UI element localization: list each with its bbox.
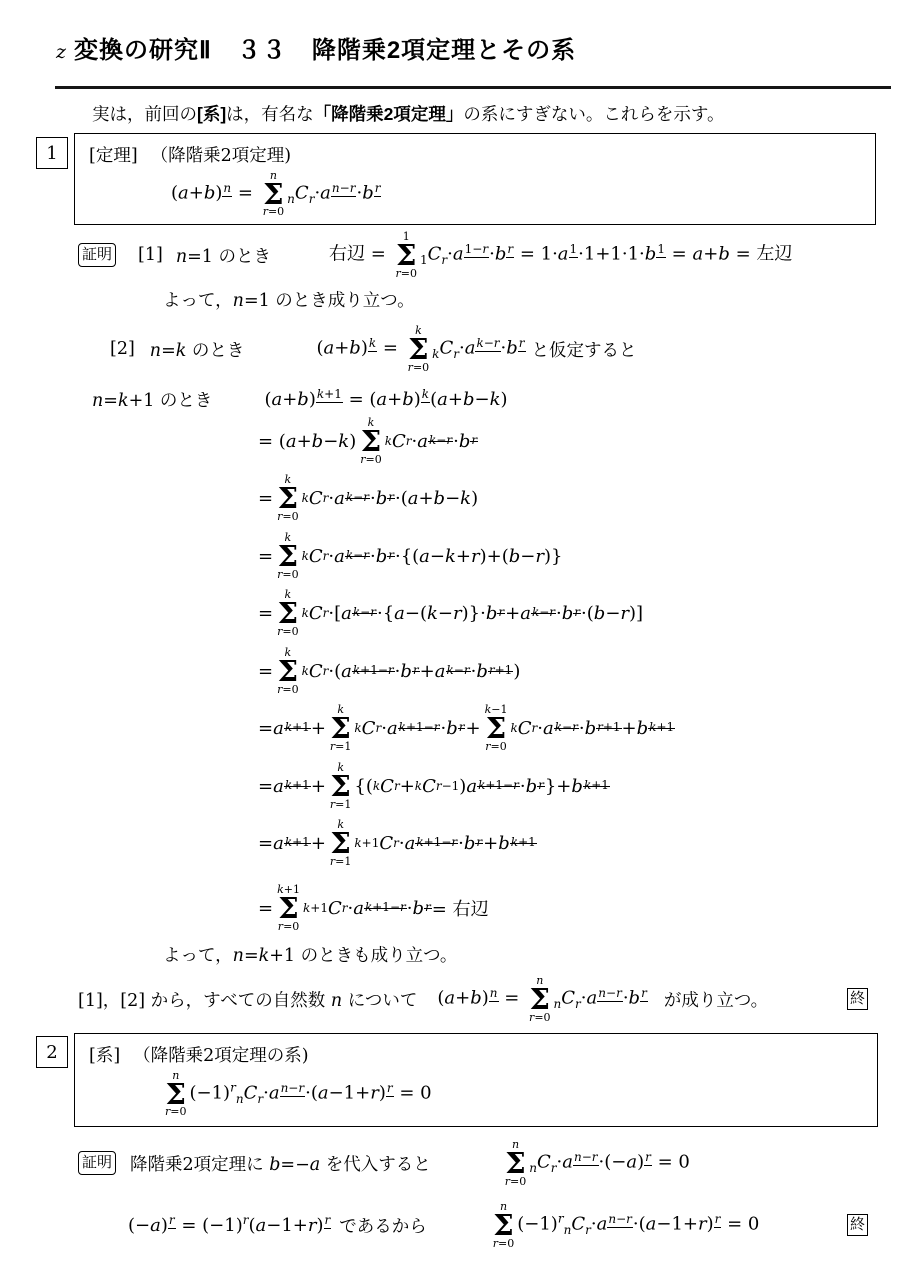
sigma-sum: k−1Σr=0 (485, 704, 508, 753)
sum-lower-limit: r=0 (263, 206, 284, 219)
section-number-2: 2 (36, 1036, 68, 1068)
falling-power-exponent: r (506, 242, 514, 259)
equation-line-9: = k+1Σr=0k+1Cr·ak+1−r·br = 右辺 (258, 879, 489, 937)
spacer (331, 1225, 339, 1226)
falling-power-exponent: k+1 (510, 842, 537, 845)
sum-lower-limit: r=1 (330, 799, 351, 812)
text-segment: n=k+1 のとき (92, 387, 212, 412)
falling-power-exponent: r (374, 181, 382, 198)
sum-lower-limit: r=1 (330, 856, 351, 869)
falling-power-exponent: n (489, 986, 499, 1003)
title-rule (55, 86, 891, 89)
subscript: r (309, 192, 315, 206)
falling-power-exponent: r+1 (488, 670, 513, 673)
sum-lower-limit: r=0 (277, 626, 298, 639)
subscript: r (551, 1162, 557, 1176)
spacer (431, 1163, 501, 1164)
sum-lower-limit: r=1 (330, 741, 351, 754)
sum-lower-limit: r=0 (493, 1238, 514, 1251)
text-segment: [1]，[2] から，すべての自然数 n について (78, 987, 417, 1012)
falling-power-exponent: n−r (597, 986, 623, 1003)
falling-power-exponent: r (324, 1213, 332, 1230)
falling-power-exponent: 1−r (464, 242, 489, 259)
spacer (212, 399, 264, 400)
sigma-sum: kΣr=1 (330, 819, 351, 868)
falling-power-exponent: k+1−r (477, 785, 520, 788)
falling-power-exponent: r (386, 1081, 394, 1098)
falling-power-exponent: k−r (446, 670, 471, 673)
intro-line: 実は，前回の [系] は，有名な 「降階乗2項定理」 の系にすぎない。これらを示… (92, 101, 725, 126)
bold-text-segment: [系] (197, 101, 226, 126)
sum-lower-limit: r=0 (485, 741, 506, 754)
falling-power-exponent: n (222, 181, 232, 198)
proof-label: 証明 (78, 1151, 116, 1174)
falling-power-exponent: k+1 (583, 785, 610, 788)
sigma-icon: Σ (505, 1152, 526, 1176)
sigma-sum: kΣr=1 (330, 762, 351, 811)
corollary-sublabel: （降階乗2項定理の系) (133, 1042, 308, 1067)
theorem-sublabel: （降階乗2項定理) (151, 142, 291, 167)
sigma-sum: kΣr=0 (277, 532, 298, 581)
sigma-icon: Σ (361, 430, 382, 454)
text-segment: 降階乗2項定理に b=−a を代入すると (130, 1151, 431, 1176)
text-segment: と仮定すると (532, 337, 637, 362)
falling-power-exponent: k−r (352, 612, 377, 615)
falling-power-exponent: k+1 (284, 785, 311, 788)
equation-line-2: = kΣr=0kCr·ak−r·br·(a+b−k) (258, 469, 478, 527)
sigma-sum: kΣr=0 (277, 589, 298, 638)
spacer (116, 255, 138, 256)
corollary-label: [系] (89, 1042, 120, 1067)
sum-lower-limit: r=0 (505, 1176, 526, 1189)
proof1-line-induction-hypothesis: [2]n=k のとき(a+b)k = kΣr=0kCr·ak−r·brと仮定する… (110, 320, 637, 378)
subscript: r (585, 1224, 591, 1238)
sigma-sum: kΣr=1 (330, 704, 351, 753)
equation-line-1: = (a+b−k)kΣr=0kCr·ak−r·br (258, 412, 478, 470)
corollary-formula: nΣr=0(−1)rnCr·an−r·(a−1+r)r = 0 (161, 1069, 877, 1118)
proof1-line-base-conclusion: よって，n=1 のとき成り立つ。 (163, 287, 415, 312)
spacer (427, 1225, 489, 1226)
sigma-icon: Σ (408, 338, 429, 362)
falling-power-exponent: k−r (531, 612, 556, 615)
falling-power-exponent: k−r (554, 727, 579, 730)
falling-power-exponent: k+1 (648, 727, 675, 730)
falling-power-exponent: r (458, 727, 466, 730)
spacer (163, 255, 176, 256)
spacer (244, 349, 316, 350)
math-segment: nΣr=0(−1)rnCr·an−r·(a−1+r)r = 0 (489, 1200, 760, 1249)
spacer (417, 999, 437, 1000)
text-segment: n=1 のとき (176, 243, 271, 268)
qed-box: 終 (847, 1214, 868, 1237)
equation-line-3: = kΣr=0kCr·ak−r·br·{(a−k+r)+(b−r)} (258, 527, 562, 585)
falling-power-exponent: k+1−r (352, 670, 395, 673)
document-page: z 変換の研究Ⅱ ３３ 降階乗2項定理とその系 実は，前回の [系] は，有名な… (0, 0, 906, 1280)
falling-power-exponent: k+1 (284, 727, 311, 730)
falling-power-exponent: 1 (656, 242, 666, 259)
subscript: n (236, 1092, 244, 1106)
text-segment: が成り立つ。 (664, 987, 768, 1012)
sum-lower-limit: r=0 (408, 362, 429, 375)
subscript: r (257, 1092, 263, 1106)
spacer (135, 349, 150, 350)
falling-power-exponent: n−r (331, 181, 357, 198)
text-segment: よって，n=k+1 のときも成り立つ。 (163, 942, 457, 967)
equation-line-8: = ak+1+kΣr=1k+1Cr·ak+1−r·br+bk+1 (258, 814, 537, 872)
sigma-icon: Σ (486, 717, 507, 741)
falling-power-exponent: k (368, 336, 377, 353)
subscript: r (453, 348, 459, 362)
sigma-icon: Σ (493, 1214, 514, 1238)
sigma-sum: nΣr=0 (493, 1201, 514, 1250)
falling-power-exponent: k+1 (316, 387, 343, 404)
theorem-box: [定理] （降階乗2項定理) (a+b)n = nΣr=0nCr·an−r·br (74, 133, 876, 225)
math-segment: (a+b)k = kΣr=0kCr·ak−r·br (316, 324, 525, 373)
sum-lower-limit: r=0 (529, 1012, 550, 1025)
section-number-1: 1 (36, 137, 68, 169)
math-segment: 右辺 = 1Σr=01Cr·a1−r·br = 1·a1·1+1·1·b1 = … (329, 230, 792, 279)
sigma-sum: nΣr=0 (505, 1139, 526, 1188)
subscript: r (441, 254, 447, 268)
falling-power-exponent: r (573, 612, 581, 615)
equation-line-5: = kΣr=0kCr·(ak+1−r·br+ak−r·br+1) (258, 642, 520, 700)
text-segment: の系にすぎない。これらを示す。 (463, 101, 724, 126)
corollary-box: [系] （降階乗2項定理の系) nΣr=0(−1)rnCr·an−r·(a−1+… (74, 1033, 878, 1127)
falling-power-exponent: r+1 (596, 727, 621, 730)
sigma-sum: nΣr=0 (529, 975, 550, 1024)
subscript: n (287, 192, 295, 206)
text-segment: n=k のとき (150, 337, 245, 362)
sigma-sum: nΣr=0 (263, 170, 284, 219)
sigma-sum: k+1Σr=0 (277, 884, 300, 933)
proof2-line-final: (−a)r = (−1)r(a−1+r)rであるからnΣr=0(−1)rnCr·… (128, 1194, 868, 1256)
text-segment: 実は，前回の (92, 101, 197, 126)
equation-line-6: = ak+1+kΣr=1kCr·ak+1−r·br+k−1Σr=0kCr·ak−… (258, 699, 675, 757)
text-segment: よって，n=1 のとき成り立つ。 (163, 287, 415, 312)
sigma-sum: kΣr=0 (277, 647, 298, 696)
proof1-line-induction-step: n=k+1 のとき(a+b)k+1 = (a+b)k(a+b−k) (92, 382, 508, 416)
falling-power-exponent: r (412, 670, 420, 673)
spacer (116, 1163, 130, 1164)
title-z-prefix: z (56, 41, 66, 63)
falling-power-exponent: r (644, 1150, 652, 1167)
qed-box: 終 (847, 988, 868, 1011)
theorem-box-header: [定理] （降階乗2項定理) (89, 142, 875, 167)
sigma-icon: Σ (278, 897, 299, 921)
sigma-icon: Σ (278, 487, 299, 511)
bold-text-segment: 「降階乗2項定理」 (314, 101, 464, 126)
text-segment: であるから (339, 1213, 427, 1238)
subscript: n (529, 1162, 537, 1176)
sigma-sum: kΣr=0 (360, 417, 381, 466)
falling-power-exponent: r (518, 336, 526, 353)
text-segment: [1] (138, 245, 163, 265)
equation-line-7: = ak+1+kΣr=1{(kCr+kCr−1)ak+1−r·br}+bk+1 (258, 757, 610, 815)
falling-power-exponent: r (424, 907, 432, 910)
falling-power-exponent: r (714, 1212, 722, 1229)
falling-power-exponent: n−r (573, 1150, 599, 1167)
falling-power-exponent: k−r (475, 336, 500, 353)
falling-power-exponent: r (475, 842, 483, 845)
falling-power-exponent: r (640, 986, 648, 1003)
math-segment: (−a)r = (−1)r(a−1+r)r (128, 1215, 331, 1236)
sigma-sum: 1Σr=0 (396, 231, 417, 280)
falling-power-exponent: r (168, 1213, 176, 1230)
sum-lower-limit: r=0 (165, 1106, 186, 1119)
sigma-sum: nΣr=0 (165, 1070, 186, 1119)
sum-lower-limit: r=0 (277, 684, 298, 697)
title-text: 変換の研究Ⅱ ３３ 降階乗2項定理とその系 (74, 30, 576, 65)
proof-label: 証明 (78, 243, 116, 266)
sigma-icon: Σ (278, 545, 299, 569)
text-segment: は，有名な (226, 101, 314, 126)
exponent: r (243, 1213, 249, 1227)
theorem-formula: (a+b)n = nΣr=0nCr·an−r·br (171, 169, 875, 218)
text-segment: [2] (110, 339, 135, 359)
proof2-line-substitution: 証明降階乗2項定理に b=−a を代入するとnΣr=0nCr·an−r·(−a)… (78, 1132, 690, 1194)
sigma-icon: Σ (330, 717, 351, 741)
page-title: z 変換の研究Ⅱ ３３ 降階乗2項定理とその系 (56, 30, 576, 65)
falling-power-exponent: r (497, 612, 505, 615)
proof1-line-base-case: 証明[1]n=1 のとき右辺 = 1Σr=01Cr·a1−r·br = 1·a1… (78, 226, 792, 284)
proof1-line-step-conclusion: よって，n=k+1 のときも成り立つ。 (163, 942, 457, 967)
sigma-icon: Σ (263, 183, 284, 207)
sigma-icon: Σ (278, 660, 299, 684)
falling-power-exponent: k−r (428, 440, 453, 443)
sigma-icon: Σ (396, 244, 417, 268)
corollary-box-header: [系] （降階乗2項定理の系) (89, 1042, 877, 1067)
math-segment: nΣr=0nCr·an−r·(−a)r = 0 (501, 1138, 690, 1187)
sigma-icon: Σ (330, 832, 351, 856)
falling-power-exponent: k+1 (284, 842, 311, 845)
falling-power-exponent: 1 (569, 242, 579, 259)
falling-power-exponent: k−r (345, 555, 370, 558)
sigma-icon: Σ (165, 1083, 186, 1107)
falling-power-exponent: r (537, 785, 545, 788)
falling-power-exponent: r (470, 440, 478, 443)
sum-lower-limit: r=0 (396, 268, 417, 281)
falling-power-exponent: k+1−r (415, 842, 458, 845)
falling-power-exponent: k (421, 387, 430, 404)
falling-power-exponent: k+1−r (398, 727, 441, 730)
math-segment: (a+b)n = nΣr=0nCr·an−r·br (437, 974, 647, 1023)
spacer (271, 255, 329, 256)
sigma-icon: Σ (330, 775, 351, 799)
sigma-icon: Σ (530, 988, 551, 1012)
falling-power-exponent: k−r (345, 497, 370, 500)
falling-power-exponent: r (387, 497, 395, 500)
theorem-label: [定理] (89, 142, 138, 167)
subscript: r (575, 998, 581, 1012)
spacer (648, 999, 664, 1000)
subscript: 1 (420, 254, 428, 268)
sum-lower-limit: r=0 (277, 569, 298, 582)
sigma-sum: kΣr=0 (277, 474, 298, 523)
sigma-sum: kΣr=0 (408, 325, 429, 374)
falling-power-exponent: n−r (607, 1212, 633, 1229)
falling-power-exponent: k+1−r (364, 907, 407, 910)
falling-power-exponent: r (387, 555, 395, 558)
sum-lower-limit: r=0 (277, 511, 298, 524)
sum-lower-limit: r=0 (360, 454, 381, 467)
math-segment: (a+b)k+1 = (a+b)k(a+b−k) (264, 389, 507, 410)
proof1-conclusion: [1]，[2] から，すべての自然数 n について(a+b)n = nΣr=0n… (78, 970, 868, 1028)
sum-lower-limit: r=0 (278, 921, 299, 934)
sigma-icon: Σ (278, 602, 299, 626)
falling-power-exponent: n−r (280, 1081, 306, 1098)
equation-line-4: = kΣr=0kCr·[ak−r·{a−(k−r)}·br+ak−r·br·(b… (258, 584, 643, 642)
